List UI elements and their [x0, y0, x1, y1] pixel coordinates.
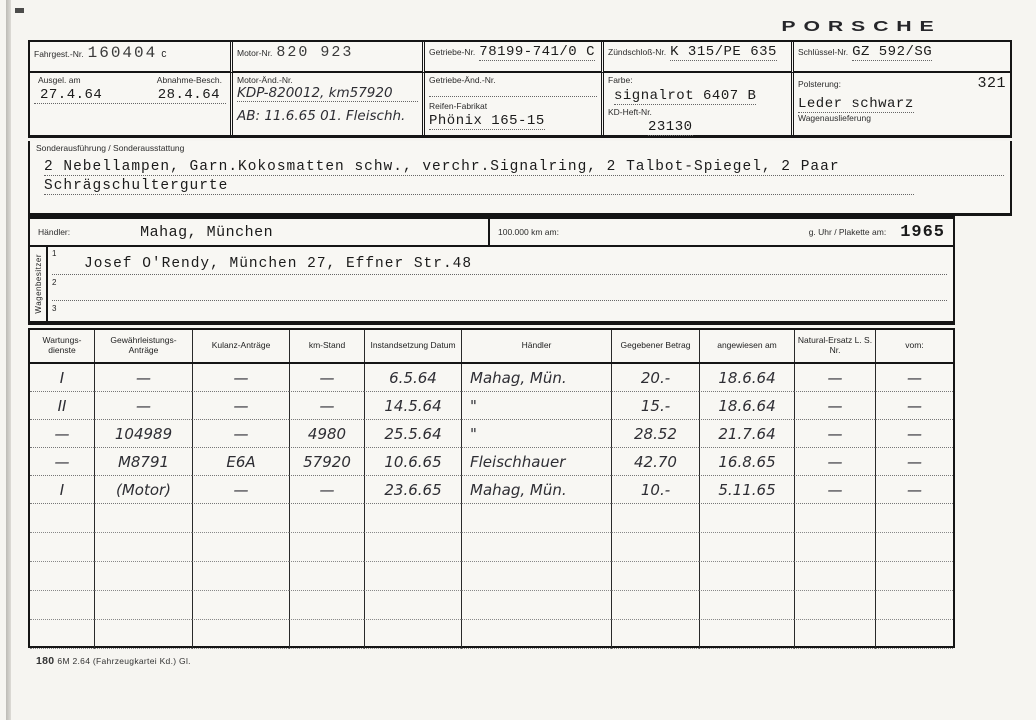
- getriebe-value: 78199-741/0 C: [479, 44, 595, 61]
- sonder-label: Sonderausführung / Sonderausstattung: [36, 143, 1004, 153]
- reifen-label: Reifen-Fabrikat: [429, 101, 597, 111]
- table-cell: II: [30, 392, 94, 420]
- table-cell: —: [30, 420, 94, 448]
- empty-table-cell: [192, 533, 289, 562]
- table-cell: —: [94, 392, 192, 420]
- field-getriebe-aenderung: Getriebe-Änd.-Nr. Reifen-Fabrikat Phönix…: [422, 73, 601, 138]
- field-polsterung: Polsterung: 321 Leder schwarz Wagenausli…: [791, 73, 1010, 138]
- field-zuendschloss-nr: Zündschloß-Nr. K 315/PE 635: [601, 42, 791, 73]
- empty-table-cell: [30, 591, 94, 620]
- motor-aend-line1: KDP-820012, km57920: [237, 85, 418, 102]
- col-header-2: Kulanz-Anträge: [192, 330, 289, 362]
- empty-table-cell: [364, 562, 461, 591]
- table-cell: Mahag, Mün.: [461, 476, 611, 504]
- empty-table-cell: [611, 533, 699, 562]
- table-cell: 42.70: [611, 448, 699, 476]
- empty-table-cell: [364, 504, 461, 533]
- haendler-row: Händler: Mahag, München 100.000 km am: g…: [28, 216, 955, 247]
- col-header-4: Instandsetzung Datum: [364, 330, 461, 362]
- empty-table-cell: [794, 620, 875, 649]
- table-cell: 25.5.64: [364, 420, 461, 448]
- empty-table-cell: [94, 620, 192, 649]
- zuendschloss-value: K 315/PE 635: [670, 44, 777, 61]
- empty-table-row: [30, 562, 953, 591]
- table-cell: 20.-: [611, 364, 699, 392]
- form-footer: 1806M 2.64 (Fahrzeugkartei Kd.) Gl.: [36, 655, 191, 667]
- col-header-0: Wartungs­dienste: [30, 330, 94, 362]
- empty-table-row: [30, 504, 953, 533]
- table-cell: —: [289, 364, 364, 392]
- table-cell: —: [192, 392, 289, 420]
- schluessel-label: Schlüssel-Nr.: [798, 47, 848, 57]
- field-fahrgestell-nr: Fahrgest.-Nr. 160404 C: [30, 42, 230, 73]
- table-cell: 104989: [94, 420, 192, 448]
- table-cell: 57920: [289, 448, 364, 476]
- col-header-9: vom:: [875, 330, 953, 362]
- empty-table-row: [30, 591, 953, 620]
- table-row: I———6.5.64Mahag, Mün.20.-18.6.64——: [30, 364, 953, 392]
- empty-table-cell: [875, 562, 953, 591]
- table-cell: —: [192, 364, 289, 392]
- empty-table-cell: [289, 620, 364, 649]
- empty-table-cell: [611, 620, 699, 649]
- empty-table-cell: [794, 533, 875, 562]
- empty-table-cell: [289, 562, 364, 591]
- col-header-7: angewiesen am: [699, 330, 794, 362]
- scan-edge-shadow: [6, 0, 11, 720]
- table-cell: —: [289, 392, 364, 420]
- empty-table-cell: [30, 504, 94, 533]
- fahrgestell-suffix: C: [161, 50, 167, 60]
- table-cell: 23.6.65: [364, 476, 461, 504]
- empty-table-cell: [611, 562, 699, 591]
- schluessel-value: GZ 592/SG: [852, 44, 932, 61]
- uhr-plakette-label: g. Uhr / Plakette am:: [809, 227, 886, 237]
- reifen-value: Phönix 165-15: [429, 113, 545, 130]
- table-row: —M8791E6A5792010.6.65Fleischhauer42.7016…: [30, 448, 953, 476]
- table-cell: —: [875, 392, 953, 420]
- table-cell: —: [192, 420, 289, 448]
- empty-table-cell: [289, 591, 364, 620]
- table-cell: ": [461, 392, 611, 420]
- field-ausgeliefert: Ausgel. am Abnahme-Besch. 27.4.64 28.4.6…: [30, 73, 230, 138]
- table-cell: 18.6.64: [699, 364, 794, 392]
- scan-speck: [15, 8, 24, 13]
- col-header-3: km-Stand: [289, 330, 364, 362]
- table-cell: 4980: [289, 420, 364, 448]
- form-footer-text: 6M 2.64 (Fahrzeugkartei Kd.) Gl.: [57, 656, 190, 666]
- empty-table-cell: [364, 533, 461, 562]
- empty-table-cell: [94, 591, 192, 620]
- table-cell: I: [30, 364, 94, 392]
- empty-table-cell: [794, 504, 875, 533]
- service-table: Wartungs­diensteGewährleistungs-AnträgeK…: [28, 328, 955, 648]
- empty-table-cell: [192, 591, 289, 620]
- empty-table-cell: [192, 620, 289, 649]
- sonderausfuehrung-section: Sonderausführung / Sonderausstattung 2 N…: [28, 141, 1012, 216]
- empty-table-cell: [611, 591, 699, 620]
- empty-table-cell: [192, 504, 289, 533]
- table-cell: —: [94, 364, 192, 392]
- getriebe-aend-label: Getriebe-Änd.-Nr.: [429, 75, 597, 85]
- leder-value: Leder schwarz: [798, 96, 914, 113]
- table-cell: —: [875, 448, 953, 476]
- table-cell: —: [794, 476, 875, 504]
- table-cell: I: [30, 476, 94, 504]
- empty-table-cell: [94, 504, 192, 533]
- sonder-line2: Schrägschultergurte: [44, 178, 914, 195]
- haendler-value: Mahag, München: [140, 224, 273, 241]
- empty-table-cell: [192, 562, 289, 591]
- table-cell: —: [30, 448, 94, 476]
- table-cell: —: [289, 476, 364, 504]
- km-100000-label: 100.000 km am:: [498, 227, 559, 237]
- table-cell: E6A: [192, 448, 289, 476]
- empty-table-cell: [461, 533, 611, 562]
- table-cell: 16.8.65: [699, 448, 794, 476]
- service-table-body: I———6.5.64Mahag, Mün.20.-18.6.64——II———1…: [30, 364, 953, 649]
- table-cell: 10.-: [611, 476, 699, 504]
- polsterung-label: Polsterung:: [798, 79, 841, 89]
- empty-table-cell: [794, 562, 875, 591]
- motor-aend-line2: AB: 11.6.65 01. Fleischh.: [237, 108, 418, 124]
- ausgel-label: Ausgel. am: [38, 75, 81, 85]
- wagenbesitzer-vertical-label: Wagenbesitzer: [34, 254, 43, 314]
- record-card: PORSCHE Fahrgest.-Nr. 160404 C Motor-Nr.…: [0, 0, 1036, 720]
- kd-heft-value: 23130: [648, 119, 693, 136]
- wagenbesitzer-section: Wagenbesitzer 1 Josef O'Rendy, München 2…: [28, 247, 955, 325]
- empty-table-cell: [364, 620, 461, 649]
- motor-label: Motor-Nr.: [237, 48, 272, 58]
- empty-table-cell: [94, 533, 192, 562]
- table-cell: 14.5.64: [364, 392, 461, 420]
- wagenbesitzer-vertical-label-strip: Wagenbesitzer: [30, 247, 48, 321]
- table-cell: Fleischhauer: [461, 448, 611, 476]
- empty-table-cell: [461, 620, 611, 649]
- table-cell: 10.6.65: [364, 448, 461, 476]
- owner-row-1-line: [52, 274, 947, 275]
- table-cell: —: [192, 476, 289, 504]
- header-block: Fahrgest.-Nr. 160404 C Motor-Nr. 820 923…: [28, 40, 1012, 138]
- table-cell: —: [875, 476, 953, 504]
- empty-table-cell: [611, 504, 699, 533]
- empty-table-cell: [794, 591, 875, 620]
- ausgel-value: 27.4.64: [40, 87, 102, 103]
- table-cell: 21.7.64: [699, 420, 794, 448]
- farbe-label: Farbe:: [608, 75, 787, 85]
- owner-row-1-num: 1: [52, 249, 56, 258]
- zuendschloss-label: Zündschloß-Nr.: [608, 47, 666, 57]
- empty-table-cell: [699, 533, 794, 562]
- table-cell: M8791: [94, 448, 192, 476]
- table-cell: (Motor): [94, 476, 192, 504]
- owner-row-3-num: 3: [52, 304, 56, 313]
- empty-table-cell: [699, 562, 794, 591]
- haendler-label: Händler:: [38, 227, 70, 237]
- col-header-8: Natural-Ersatz L. S. Nr.: [794, 330, 875, 362]
- col-header-1: Gewährleistungs-Anträge: [94, 330, 192, 362]
- empty-table-cell: [289, 504, 364, 533]
- table-row: —104989—498025.5.64"28.5221.7.64——: [30, 420, 953, 448]
- getriebe-aend-empty-line: [429, 85, 597, 97]
- abnahme-label: Abnahme-Besch.: [157, 75, 222, 85]
- empty-table-cell: [875, 504, 953, 533]
- table-cell: Mahag, Mün.: [461, 364, 611, 392]
- table-cell: 5.11.65: [699, 476, 794, 504]
- field-schluessel-nr: Schlüssel-Nr. GZ 592/SG: [791, 42, 1010, 73]
- col-header-6: Gegebener Betrag: [611, 330, 699, 362]
- abnahme-value: 28.4.64: [158, 87, 220, 103]
- empty-table-cell: [699, 591, 794, 620]
- owner-row-2-line: [52, 300, 947, 301]
- porsche-logo-text: PORSCHE: [781, 17, 941, 35]
- empty-table-cell: [461, 504, 611, 533]
- motor-aend-label: Motor-Änd.-Nr.: [237, 75, 418, 85]
- col-header-5: Händler: [461, 330, 611, 362]
- service-table-header-row: Wartungs­diensteGewährleistungs-AnträgeK…: [30, 330, 953, 364]
- empty-table-cell: [30, 620, 94, 649]
- empty-table-row: [30, 620, 953, 649]
- empty-table-cell: [699, 620, 794, 649]
- empty-table-cell: [461, 591, 611, 620]
- field-motor-nr: Motor-Nr. 820 923: [230, 42, 422, 73]
- wagenauslieferung-label: Wagenauslieferung: [798, 113, 1006, 123]
- table-cell: 15.-: [611, 392, 699, 420]
- table-cell: —: [875, 420, 953, 448]
- km-100000-field: 100.000 km am:: [488, 219, 741, 245]
- form-number: 180: [36, 655, 54, 667]
- table-cell: —: [794, 448, 875, 476]
- table-cell: —: [794, 392, 875, 420]
- polsterung-value: 321: [977, 75, 1006, 92]
- table-row: I(Motor)——23.6.65Mahag, Mün.10.-5.11.65—…: [30, 476, 953, 504]
- empty-table-cell: [30, 562, 94, 591]
- table-row: II———14.5.64"15.-18.6.64——: [30, 392, 953, 420]
- table-cell: —: [794, 420, 875, 448]
- table-cell: —: [875, 364, 953, 392]
- empty-table-cell: [875, 533, 953, 562]
- empty-table-row: [30, 533, 953, 562]
- fahrgestell-label: Fahrgest.-Nr.: [34, 49, 84, 59]
- table-cell: —: [794, 364, 875, 392]
- uhr-plakette-field: g. Uhr / Plakette am: 1965: [741, 219, 953, 245]
- motor-value: 820 923: [276, 44, 353, 61]
- empty-table-cell: [289, 533, 364, 562]
- empty-table-cell: [699, 504, 794, 533]
- kd-heft-label: KD-Heft-Nr.: [608, 107, 787, 117]
- empty-table-cell: [364, 591, 461, 620]
- empty-table-cell: [875, 620, 953, 649]
- owner-row-2-num: 2: [52, 278, 56, 287]
- farbe-value: signalrot 6407 B: [614, 88, 756, 105]
- table-cell: 6.5.64: [364, 364, 461, 392]
- empty-table-cell: [875, 591, 953, 620]
- field-motor-aenderung: Motor-Änd.-Nr. KDP-820012, km57920 AB: 1…: [230, 73, 422, 138]
- getriebe-label: Getriebe-Nr.: [429, 47, 475, 57]
- empty-table-cell: [30, 533, 94, 562]
- field-getriebe-nr: Getriebe-Nr. 78199-741/0 C: [422, 42, 601, 73]
- table-cell: ": [461, 420, 611, 448]
- table-cell: 18.6.64: [699, 392, 794, 420]
- field-farbe: Farbe: signalrot 6407 B KD-Heft-Nr. 2313…: [601, 73, 791, 138]
- sonder-line1: 2 Nebellampen, Garn.Kokosmatten schw., v…: [44, 159, 1004, 176]
- owner-row-1-text: Josef O'Rendy, München 27, Effner Str.48: [84, 256, 472, 272]
- porsche-logo: PORSCHE: [766, 14, 956, 38]
- haendler-field: Händler: Mahag, München: [30, 219, 488, 245]
- uhr-plakette-value: 1965: [900, 223, 945, 242]
- wagenbesitzer-rows: 1 Josef O'Rendy, München 27, Effner Str.…: [48, 247, 953, 321]
- empty-table-cell: [461, 562, 611, 591]
- fahrgestell-value: 160404: [88, 44, 158, 62]
- table-cell: 28.52: [611, 420, 699, 448]
- empty-table-cell: [94, 562, 192, 591]
